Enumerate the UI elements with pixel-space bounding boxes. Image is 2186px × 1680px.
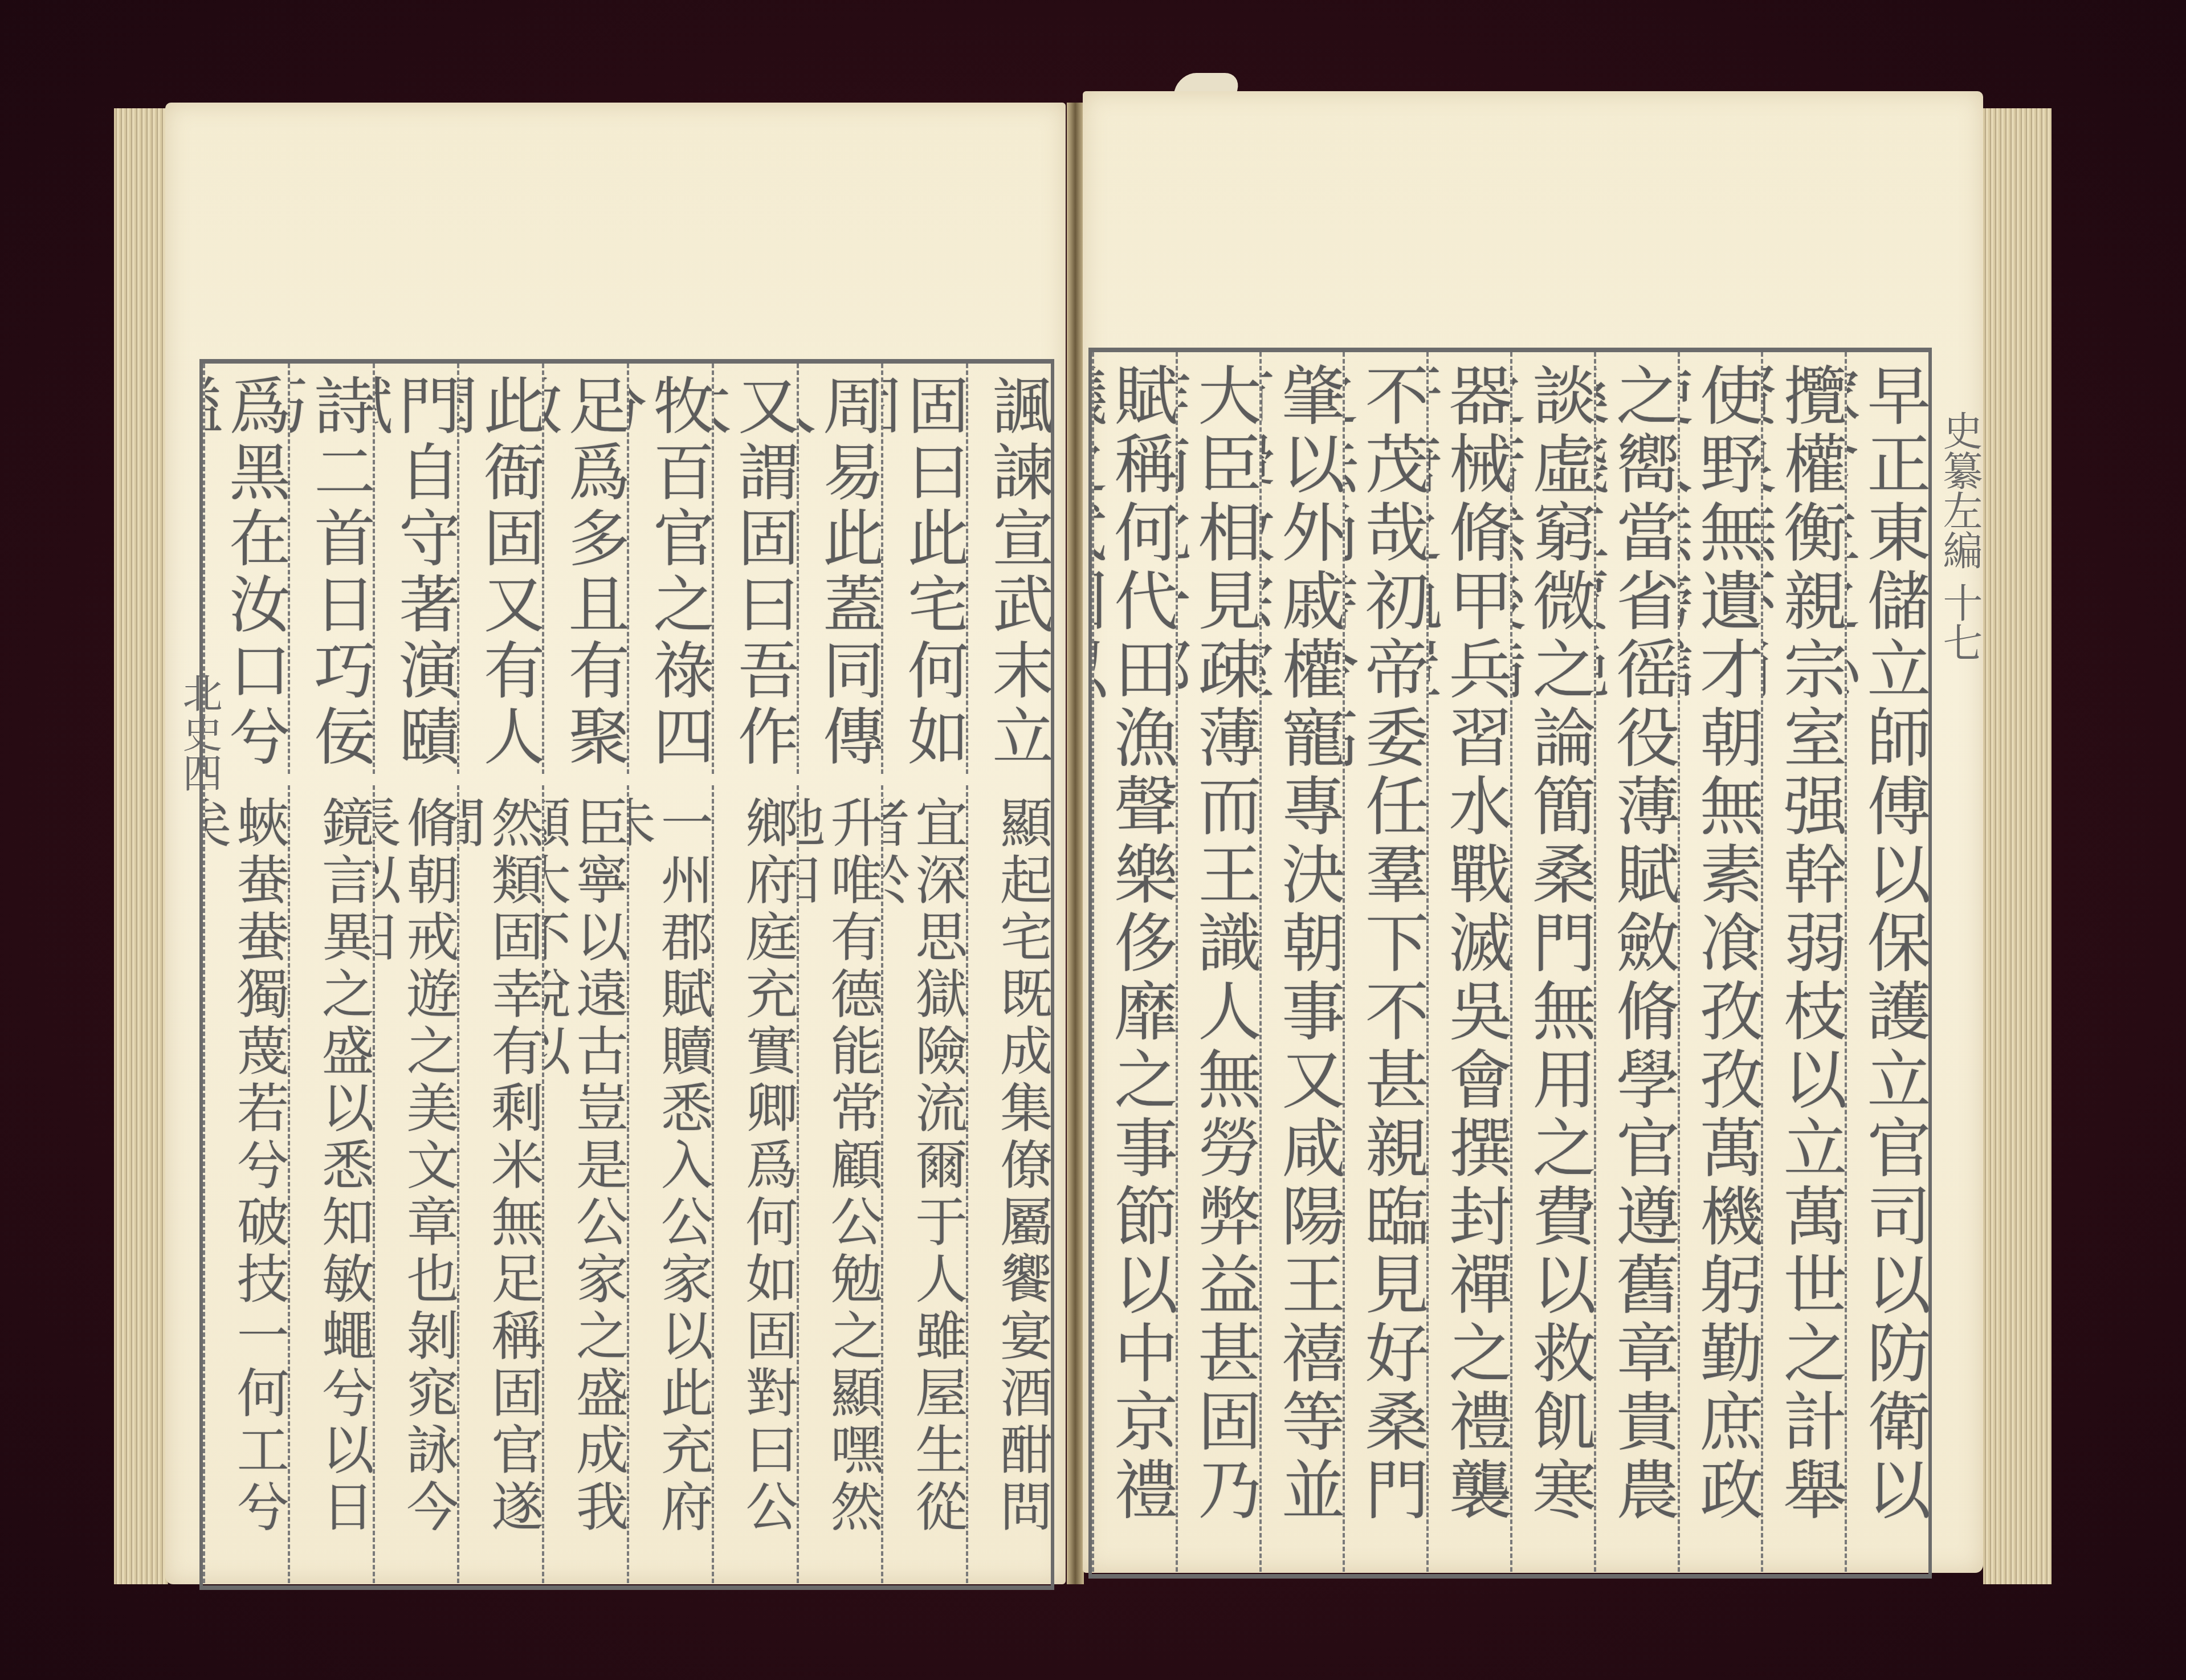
open-book: 北史四 諷諫宣武末立 固曰此宅何如固 周易此蓋同傳人 又謂固曰吾作太 牧百官之祿… — [114, 68, 2063, 1618]
left-lower-column: 一州郡賦贖悉入公家以此充府未 — [627, 785, 712, 1583]
left-page: 北史四 諷諫宣武末立 固曰此宅何如固 周易此蓋同傳人 又謂固曰吾作太 牧百官之祿… — [165, 103, 1066, 1584]
right-column: 使野無遺才朝無素飡孜孜萬機躬勤庶政使人無謗讟 — [1678, 352, 1761, 1572]
left-upper-column: 諷諫宣武末立 — [966, 364, 1051, 774]
left-upper-register: 諷諫宣武末立 固曰此宅何如固 周易此蓋同傳人 又謂固曰吾作太 牧百官之祿四分 足… — [203, 364, 1051, 774]
left-upper-column: 周易此蓋同傳人 — [797, 364, 882, 774]
left-upper-column: 足爲多且有聚斂 — [542, 364, 627, 774]
right-column: 早正東儲立師傅以保護立官司以防衛以傢倉生之心 — [1845, 352, 1928, 1572]
right-column: 賦稱何代田漁聲樂侈靡之事節以中京禮儀之式因以 — [1092, 352, 1176, 1572]
left-upper-column: 門自守著演賾賦 — [373, 364, 458, 774]
left-lower-column: 鏡言異之盛以悉知敏蠅兮以日 — [288, 785, 373, 1583]
left-upper-column: 又謂固曰吾作太 — [712, 364, 797, 774]
right-text-block: 早正東儲立師傅以保護立官司以防衛以傢倉生之心 攬權衡親宗室强幹弱枝以立萬世之計舉… — [1092, 352, 1928, 1572]
left-lower-column: 升唯有德能常顧公勉之顯嘿然他日 — [797, 785, 882, 1583]
right-column: 攬權衡親宗室强幹弱枝以立萬世之計舉賢良無不肖 — [1761, 352, 1845, 1572]
book-gutter — [1067, 103, 1084, 1584]
left-upper-column: 固曰此宅何如固 — [881, 364, 966, 774]
left-lower-column: 蛺蛬蛬獨蔑若兮破技一何工兮矣 — [203, 785, 288, 1583]
left-lower-column: 宜深思獄險流爾于人雖屋生從者於 — [881, 785, 966, 1583]
left-lower-column: 鄉府庭充實卿爲何如固對曰公 — [712, 785, 797, 1583]
right-page-margin-title: 史纂左編 十七 — [1931, 410, 1989, 662]
left-page-stack-edge — [114, 108, 168, 1584]
left-page-text-frame: 諷諫宣武末立 固曰此宅何如固 周易此蓋同傳人 又謂固曰吾作太 牧百官之祿四分 足… — [199, 359, 1054, 1590]
left-upper-column: 此衙固又有人聞 — [457, 364, 542, 774]
right-page: 史纂左編 十七 早正東儲立師傅以保護立官司以防衛以傢倉生之心 攬權衡親宗室强幹弱… — [1083, 91, 1983, 1573]
left-upper-column: 詩二首日巧佞巧 — [288, 364, 373, 774]
right-page-stack-edge — [1983, 108, 2052, 1584]
left-lower-column: 脩朝戒遊之美文章也剝窕詠今長以日 — [373, 785, 458, 1583]
left-lower-column: 顯起宅既成集僚屬饗宴酒酣問 — [966, 785, 1051, 1583]
right-column: 之嚮當省徭役薄賦斂脩學官遵舊章貴農桑賤工賈絶 — [1594, 352, 1678, 1572]
right-page-text-frame: 早正東儲立師傅以保護立官司以防衛以傢倉生之心 攬權衡親宗室强幹弱枝以立萬世之計舉… — [1088, 348, 1932, 1579]
right-column: 器械脩甲兵習水戰滅吳會撰封禪之禮襲軒唐之軌豈 — [1426, 352, 1510, 1572]
left-lower-column: 臣寧以遠古豈是公家之盛成我顯大不悅以 — [542, 785, 627, 1583]
left-lower-column: 然類固幸有剩米無足稱固官遂閒 — [457, 785, 542, 1583]
right-column: 談虛窮微之論簡桑門無用之費以救飢寒之苦然後備 — [1510, 352, 1594, 1572]
right-column: 不茂哉初帝委任羣下不甚親臨見好桑門之法尚書令高 — [1343, 352, 1426, 1572]
left-upper-column: 爲黑在汝口兮溢 — [203, 364, 288, 774]
left-lower-register: 顯起宅既成集僚屬饗宴酒酣問 宜深思獄險流爾于人雖屋生從者於 升唯有德能常顧公勉之… — [203, 785, 1051, 1583]
right-column: 肇以外戚權寵專決朝事又咸陽王禧等並有釁故宗室 — [1259, 352, 1343, 1572]
right-column: 大臣相見疎薄而王識人無勞弊益甚固乃作南北一都 — [1176, 352, 1259, 1572]
left-upper-column: 牧百官之祿四分 — [627, 364, 712, 774]
